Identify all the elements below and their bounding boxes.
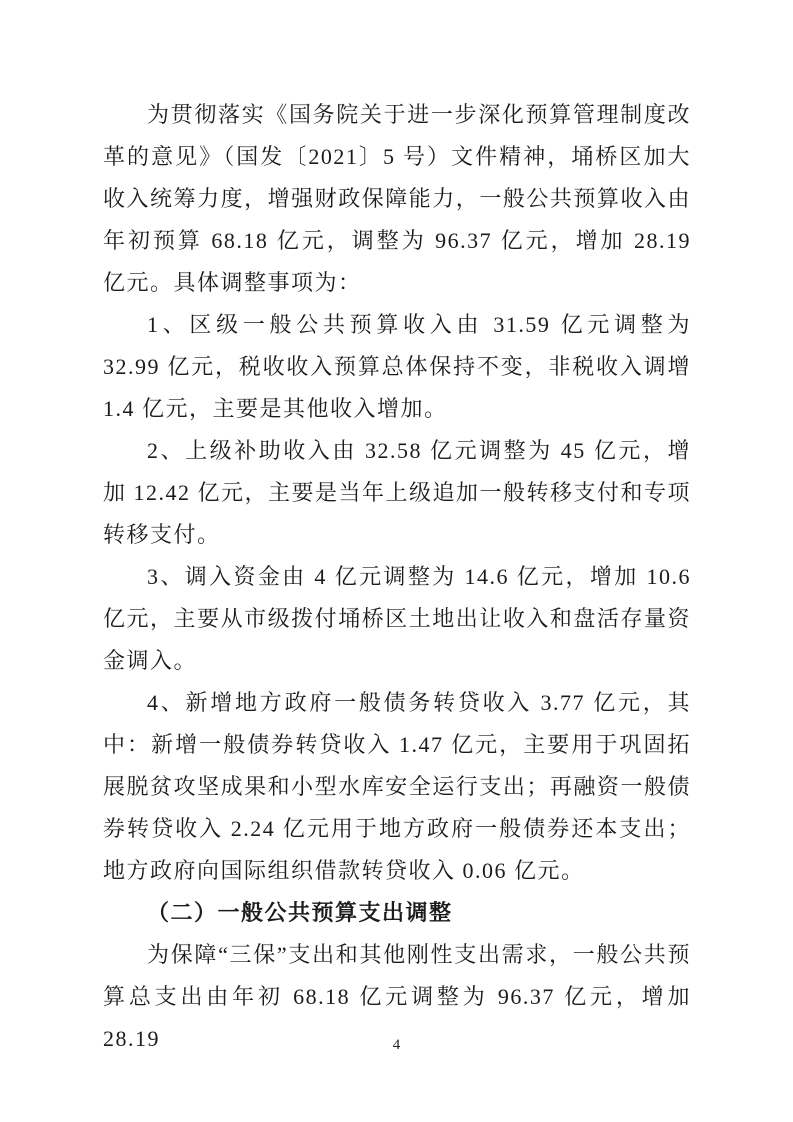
document-page: 为贯彻落实《国务院关于进一步深化预算管理制度改革的意见》（国发〔2021〕5 号… xyxy=(0,0,793,1122)
paragraph-item-3-transferred-funds: 3、调入资金由 4 亿元调整为 14.6 亿元，增加 10.6 亿元，主要从市级… xyxy=(103,556,691,682)
paragraph-item-1-district-revenue: 1、区级一般公共预算收入由 31.59 亿元调整为 32.99 亿元，税收收入预… xyxy=(103,304,691,430)
paragraph-item-2-superior-subsidy: 2、上级补助收入由 32.58 亿元调整为 45 亿元，增加 12.42 亿元，… xyxy=(103,430,691,556)
page-number: 4 xyxy=(0,1036,793,1054)
paragraph-revenue-intro: 为贯彻落实《国务院关于进一步深化预算管理制度改革的意见》（国发〔2021〕5 号… xyxy=(103,94,691,304)
section-heading-expenditure-adjustment: （二）一般公共预算支出调整 xyxy=(103,892,691,934)
document-body: 为贯彻落实《国务院关于进一步深化预算管理制度改革的意见》（国发〔2021〕5 号… xyxy=(103,94,691,1060)
paragraph-item-4-government-debt: 4、新增地方政府一般债务转贷收入 3.77 亿元，其中：新增一般债券转贷收入 1… xyxy=(103,682,691,892)
